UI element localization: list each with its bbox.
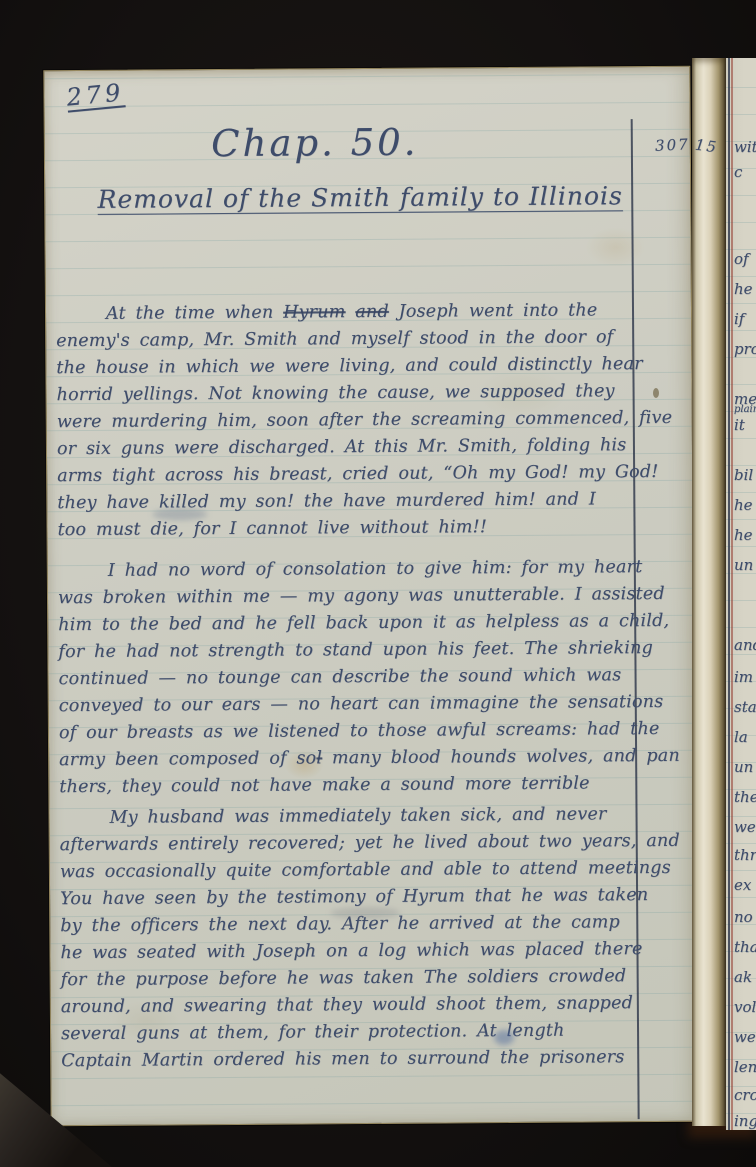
paragraph: My husband was immediately taken sick, a… (59, 801, 639, 1075)
manuscript-line: by the officers the next day. After he a… (60, 909, 638, 940)
manuscript-line: for the purpose before he was taken The … (61, 963, 639, 994)
manuscript-line: horrid yellings. Not knowing the cause, … (56, 378, 634, 409)
manuscript-line: were murdering him, soon after the screa… (57, 405, 635, 436)
partial-word: he (734, 526, 753, 544)
manuscript-line: him to the bed and he fell back upon it … (58, 608, 636, 639)
partial-word: we (734, 818, 756, 836)
archive-number: 307 (655, 135, 691, 155)
paragraph: I had no word of consolation to give him… (58, 554, 638, 801)
partial-word: pro (734, 340, 756, 358)
manuscript-line: At the time when Hyrum and Joseph went i… (56, 297, 634, 328)
partial-word: bil (734, 466, 753, 484)
chapter-heading: Chap. 50. (195, 121, 435, 166)
manuscript-page: 279 Chap. 50. Removal of the Smith famil… (43, 66, 697, 1126)
partial-word: un (734, 758, 753, 776)
partial-word: thr (734, 846, 756, 864)
manuscript-line: for he had not strength to stand upon hi… (58, 635, 636, 666)
manuscript-line: he was seated with Joseph on a log which… (60, 936, 638, 967)
partial-word: c (734, 163, 742, 181)
manuscript-line: of our breasts as we listened to those a… (59, 716, 637, 747)
manuscript-line: continued — no tounge can describe the s… (58, 662, 636, 693)
partial-word: un (734, 556, 753, 574)
partial-word: sta (734, 698, 756, 716)
manuscript-line: enemy's camp, Mr. Smith and myself stood… (56, 324, 634, 355)
adjacent-page-text: witcofheifpromeplainitbilheheunandimstal… (726, 58, 756, 1130)
partial-word: if (734, 310, 744, 328)
partial-word: ex (734, 876, 751, 894)
manuscript-line: the house in which we were living, and c… (56, 351, 634, 382)
paper-stain (585, 227, 645, 267)
manuscript-line: I had no word of consolation to give him… (58, 554, 636, 585)
partial-word: no (734, 908, 753, 926)
page-fore-edge (692, 58, 726, 1126)
partial-word: ak (734, 968, 752, 986)
manuscript-line: Captain Martin ordered his men to surrou… (61, 1044, 639, 1075)
partial-word: tha (734, 938, 756, 956)
manuscript-line: they have killed my son! the have murder… (57, 486, 635, 517)
manuscript-line: army been composed of sol many blood hou… (59, 743, 637, 774)
manuscript-line: arms tight across his breast, cried out,… (57, 459, 635, 490)
manuscript-line: My husband was immediately taken sick, a… (59, 801, 637, 832)
partial-word: len (734, 1058, 756, 1076)
paragraph: At the time when Hyrum and Joseph went i… (56, 297, 636, 544)
page-number: 279 (65, 78, 125, 111)
partial-word: ing (734, 1112, 756, 1130)
partial-word: he (734, 280, 753, 298)
manuscript-line: was occasionally quite comfortable and a… (60, 855, 638, 886)
manuscript-text: At the time when Hyrum and Joseph went i… (56, 297, 639, 1075)
partial-word: of (734, 250, 749, 268)
partial-word: im (734, 668, 753, 686)
partial-word: plain (734, 404, 756, 415)
chapter-title: Removal of the Smith family to Illinois (85, 181, 635, 214)
manuscript-line: conveyed to our ears — no heart can imma… (59, 689, 637, 720)
partial-word: and (734, 636, 756, 654)
partial-word: it (734, 416, 745, 434)
adjacent-page: witcofheifpromeplainitbilheheunandimstal… (726, 58, 756, 1130)
manuscript-line: or six guns were discharged. At this Mr.… (57, 432, 635, 463)
partial-word: cro (734, 1086, 756, 1104)
partial-word: he (734, 496, 753, 514)
struck-word: Hyrum (283, 302, 346, 322)
manuscript-line: You have seen by the testimony of Hyrum … (60, 882, 638, 913)
manuscript-line: too must die, for I cannot live without … (57, 513, 635, 544)
manuscript-line: around, and swearing that they would sho… (61, 990, 639, 1021)
partial-word: vol (734, 998, 756, 1016)
partial-word: we (734, 1028, 756, 1046)
manuscript-line: several guns at them, for their protecti… (61, 1017, 639, 1048)
struck-word: l (316, 748, 322, 768)
manuscript-line: afterwards entirely recovered; yet he li… (60, 828, 638, 859)
partial-word: wit (734, 138, 756, 156)
manuscript-line: was broken within me — my agony was unut… (58, 581, 636, 612)
archive-number-secondary: 15 (694, 136, 719, 157)
partial-word: la (734, 728, 748, 746)
partial-word: the (734, 788, 756, 806)
paper-flaw (653, 388, 659, 398)
struck-word: and (355, 302, 389, 322)
photograph-backdrop: 279 Chap. 50. Removal of the Smith famil… (0, 0, 756, 1167)
manuscript-line: thers, they could not have make a sound … (59, 770, 637, 801)
